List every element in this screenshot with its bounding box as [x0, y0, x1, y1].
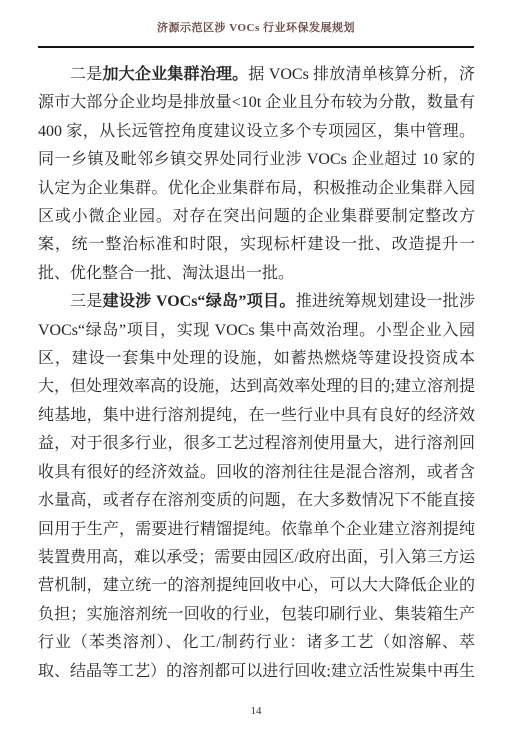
page-number: 14: [251, 705, 262, 717]
bold-text-run: 建设涉 VOCs“绿岛”项目。: [103, 293, 296, 310]
page-header: 济源示范区涉 VOCs 行业环保发展规划: [0, 0, 512, 48]
header-rule: [38, 46, 474, 48]
text-run: 二是: [70, 66, 102, 83]
paragraph: 三是建设涉 VOCs“绿岛”项目。推进统筹规划建设一批涉 VOCs“绿岛”项目，…: [38, 288, 475, 677]
paragraph: 二是加大企业集群治理。据 VOCs 排放清单核算分析，济源市大部分企业均是排放量…: [38, 61, 475, 288]
page-footer: 14: [0, 701, 512, 719]
text-run: 据 VOCs 排放清单核算分析，济源市大部分企业均是排放量<10t 企业且分布较…: [38, 66, 475, 282]
header-title: 济源示范区涉 VOCs 行业环保发展规划: [0, 21, 512, 35]
document-page: 济源示范区涉 VOCs 行业环保发展规划 二是加大企业集群治理。据 VOCs 排…: [0, 0, 512, 729]
bold-text-run: 加大企业集群治理。: [102, 66, 248, 83]
text-run: 推进统筹规划建设一批涉 VOCs“绿岛”项目，实现 VOCs 集中高效治理。小型…: [38, 293, 475, 677]
document-body: 二是加大企业集群治理。据 VOCs 排放清单核算分析，济源市大部分企业均是排放量…: [38, 61, 475, 677]
text-run: 三是: [70, 293, 103, 310]
